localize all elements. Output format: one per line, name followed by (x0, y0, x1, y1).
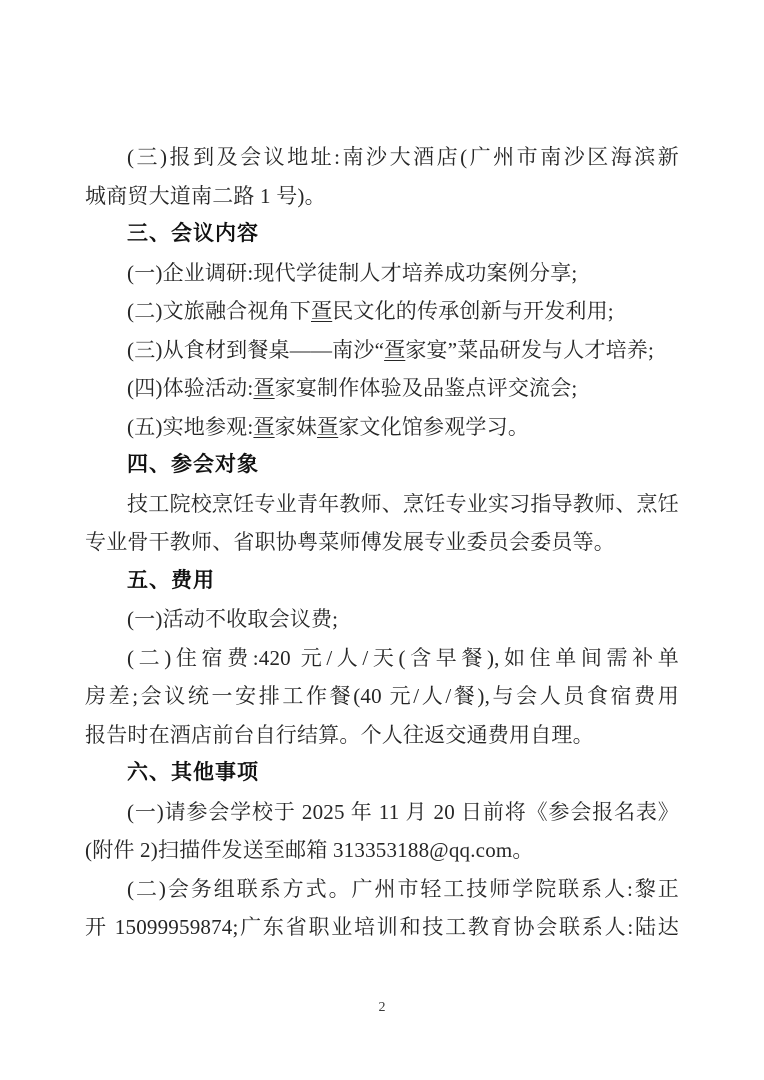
text-line: (二)住宿费:420 元/人/天(含早餐),如住单间需补单 (85, 639, 679, 678)
underlined-char: 疍 (311, 299, 332, 323)
text-line: 报告时在酒店前台自行结算。个人往返交通费用自理。 (85, 716, 679, 755)
section-heading: 四、参会对象 (85, 446, 679, 485)
underlined-char: 疍 (253, 376, 274, 400)
text-line: (五)实地参观:疍家妹疍家文化馆参观学习。 (85, 408, 679, 447)
section-heading: 五、费用 (85, 562, 679, 601)
page-number: 2 (0, 1000, 764, 1016)
text-line: (一)请参会学校于 2025 年 11 月 20 日前将《参会报名表》 (85, 793, 679, 832)
text-line: (二)会务组联系方式。广州市轻工技师学院联系人:黎正 (85, 870, 679, 909)
section-heading: 三、会议内容 (85, 215, 679, 254)
text-line: (附件 2)扫描件发送至邮箱 313353188@qq.com。 (85, 831, 679, 870)
document-body: (三)报到及会议地址:南沙大酒店(广州市南沙区海滨新城商贸大道南二路 1 号)。… (85, 138, 679, 947)
text-line: 房差;会议统一安排工作餐(40 元/人/餐),与会人员食宿费用 (85, 677, 679, 716)
text-line: 专业骨干教师、省职协粤菜师傅发展专业委员会委员等。 (85, 523, 679, 562)
text-line: (三)从食材到餐桌——南沙“疍家宴”菜品研发与人才培养; (85, 331, 679, 370)
text-line: (一)活动不收取会议费; (85, 600, 679, 639)
underlined-char: 疍 (317, 415, 338, 439)
text-line: 技工院校烹饪专业青年教师、烹饪专业实习指导教师、烹饪 (85, 485, 679, 524)
text-line: 城商贸大道南二路 1 号)。 (85, 177, 679, 216)
text-line: (二)文旅融合视角下疍民文化的传承创新与开发利用; (85, 292, 679, 331)
underlined-char: 疍 (253, 415, 274, 439)
section-heading: 六、其他事项 (85, 754, 679, 793)
document-page: (三)报到及会议地址:南沙大酒店(广州市南沙区海滨新城商贸大道南二路 1 号)。… (0, 0, 764, 1080)
text-line: (三)报到及会议地址:南沙大酒店(广州市南沙区海滨新 (85, 138, 679, 177)
text-line: 开 15099959874;广东省职业培训和技工教育协会联系人:陆达 (85, 908, 679, 947)
text-line: (一)企业调研:现代学徒制人才培养成功案例分享; (85, 254, 679, 293)
underlined-char: 疍 (384, 338, 405, 362)
text-line: (四)体验活动:疍家宴制作体验及品鉴点评交流会; (85, 369, 679, 408)
